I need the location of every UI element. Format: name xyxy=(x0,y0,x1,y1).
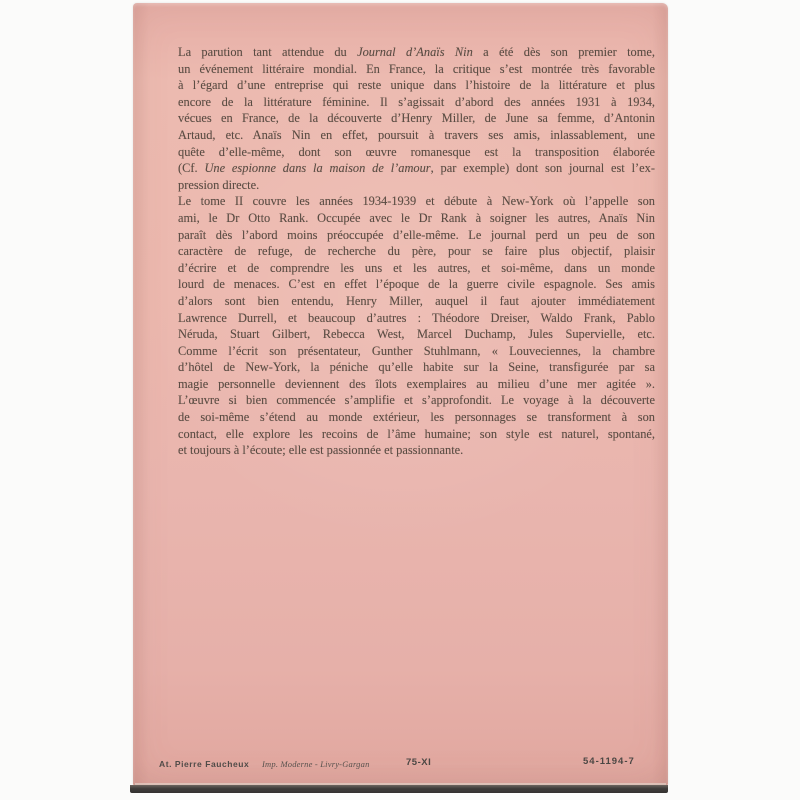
text-line: pression directe. xyxy=(178,177,655,194)
printer-credit: Imp. Moderne - Livry-Gargan xyxy=(262,759,370,769)
text-line: ami, le Dr Otto Rank. Occupée avec le Dr… xyxy=(178,210,655,227)
text-line: d’hôtel de New-York, la péniche qu’elle … xyxy=(178,359,655,376)
text-line: encore de la littérature féminine. Il s’… xyxy=(178,94,655,111)
text-line: caractère de refuge, de recherche du pèr… xyxy=(178,243,655,260)
text-line: (Cf. Une espionne dans la maison de l’am… xyxy=(178,160,655,177)
text-line: Le tome II couvre les années 1934-1939 e… xyxy=(178,193,655,210)
body-text: La parution tant attendue du Journal d’A… xyxy=(178,44,655,459)
text-line: de soi-même s’étend au monde extérieur, … xyxy=(178,409,655,426)
text-line: à l’égard d’une entreprise qui reste uni… xyxy=(178,77,655,94)
text-line: Comme l’écrit son présentateur, Gunther … xyxy=(178,343,655,360)
text-line: La parution tant attendue du Journal d’A… xyxy=(178,44,655,61)
text-line: un événement littéraire mondial. En Fran… xyxy=(178,61,655,78)
text-line: lourd de menaces. C’est en effet l’époqu… xyxy=(178,276,655,293)
cover-surface: La parution tant attendue du Journal d’A… xyxy=(133,3,668,785)
book-back-cover: La parution tant attendue du Journal d’A… xyxy=(133,3,668,793)
text-line: quête d’elle-même, dont son œuvre romane… xyxy=(178,144,655,161)
text-line: d’écrire et de comprendre les uns et les… xyxy=(178,260,655,277)
text-line: vécues en France, de la découverte d’Hen… xyxy=(178,110,655,127)
photo-canvas: { "colors": { "page_background": "#fbfbf… xyxy=(0,0,800,800)
text-line: et toujours à l’écoute; elle est passion… xyxy=(178,442,655,459)
text-line: Néruda, Stuart Gilbert, Rebecca West, Ma… xyxy=(178,326,655,343)
text-line: Lawrence Durrell, et beaucoup d’autres :… xyxy=(178,310,655,327)
text-line: Artaud, etc. Anaïs Nin en effet, poursui… xyxy=(178,127,655,144)
atelier-credit: At. Pierre Faucheux xyxy=(159,759,249,769)
text-line: paraît dès l’abord moins préoccupée d’el… xyxy=(178,227,655,244)
colophon-row: At. Pierre Faucheux Imp. Moderne - Livry… xyxy=(133,755,668,773)
text-line: contact, elle explore les recoins de l’â… xyxy=(178,426,655,443)
text-line: magie personnelle deviennent des îlots e… xyxy=(178,376,655,393)
date-code: 75-XI xyxy=(406,757,431,768)
text-line: L’œuvre si bien commencée s’amplifie et … xyxy=(178,392,655,409)
book-bottom-edge xyxy=(130,785,668,793)
catalog-number: 54-1194-7 xyxy=(583,756,635,767)
text-line: d’alors sont bien entendu, Henry Miller,… xyxy=(178,293,655,310)
